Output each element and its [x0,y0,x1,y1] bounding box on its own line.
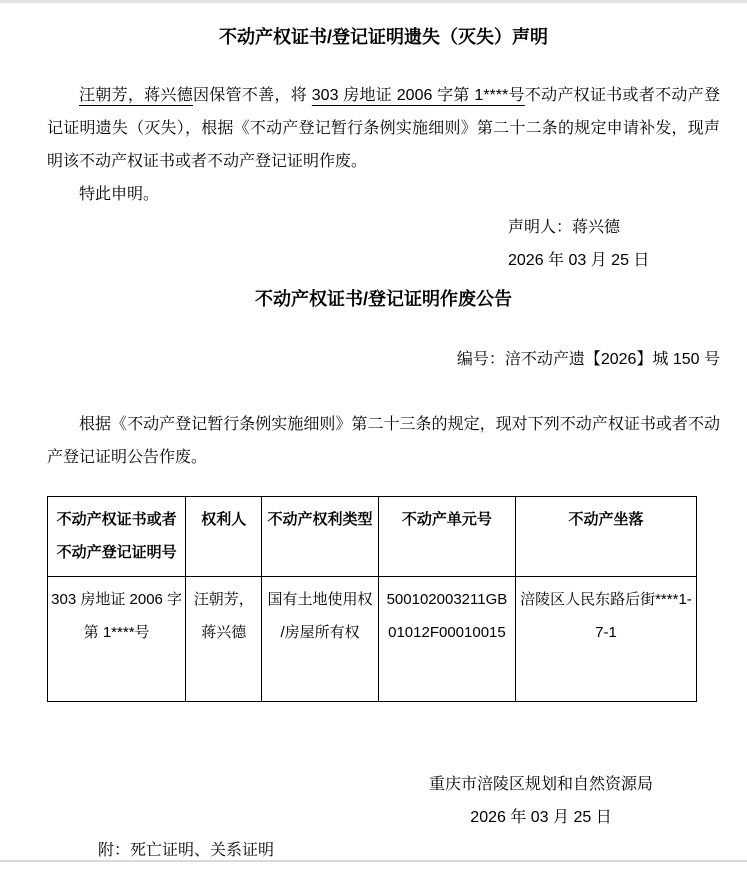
document-page: { "declaration": { "title": "不动产权证书/登记证明… [0,0,747,869]
cell-unit-no: 500102003211GB 01012F00010015 [378,577,515,702]
table-header-right-type: 不动产权利类型 [262,497,379,577]
notice-date: 2026 年 03 月 25 日 [429,801,653,834]
page-top-edge [0,0,747,3]
notice-paragraph: 根据《不动产登记暂行条例实施细则》第二十三条的规定，现对下列不动产权证书或者不动… [47,408,720,474]
table-header-row: 不动产权证书或者 不动产登记证明号 权利人 不动产权利类型 不动产单元号 不动产… [48,497,697,577]
table-header-cert-no: 不动产权证书或者 不动产登记证明号 [48,497,186,577]
cell-location: 涪陵区人民东路后街****1- 7-1 [515,577,696,702]
declaration-signature-block: 声明人：蒋兴德 2026 年 03 月 25 日 [508,211,720,277]
notice-title: 不动产权证书/登记证明作废公告 [47,283,720,316]
table-row: 303 房地证 2006 字 第 1****号 汪朝芳， 蒋兴德 国有土地使用权… [48,577,697,702]
declarant-line: 声明人：蒋兴德 [508,211,720,244]
underlined-text-run: 303 房地证 2006 字第 1****号 [312,87,525,104]
declaration-paragraph: 汪朝芳，蒋兴德因保管不善，将 303 房地证 2006 字第 1****号不动产… [47,79,720,178]
cell-holder: 汪朝芳， 蒋兴德 [186,577,262,702]
table-header-location: 不动产坐落 [515,497,696,577]
underlined-text-run: 汪朝芳，蒋兴德 [79,87,193,104]
declaration-title: 不动产权证书/登记证明遗失（灭失）声明 [47,21,720,54]
cell-cert-no: 303 房地证 2006 字 第 1****号 [48,577,186,702]
invalidated-certificates-table: 不动产权证书或者 不动产登记证明号 权利人 不动产权利类型 不动产单元号 不动产… [47,496,697,702]
attachment-note: 附：死亡证明、关系证明 [98,834,720,867]
table-header-holder: 权利人 [186,497,262,577]
issuer-line: 重庆市涪陵区规划和自然资源局 [429,768,653,801]
cell-right-type: 国有土地使用权 /房屋所有权 [262,577,379,702]
text-run: 因保管不善，将 [193,87,312,104]
notice-doc-number: 编号：涪不动产遗【2026】城 150 号 [47,343,720,376]
declaration-closing: 特此申明。 [47,178,720,211]
page-bottom-edge [0,860,747,862]
declaration-date: 2026 年 03 月 25 日 [508,244,720,277]
table-header-unit-no: 不动产单元号 [378,497,515,577]
notice-signature-block: 重庆市涪陵区规划和自然资源局 2026 年 03 月 25 日 [429,768,653,834]
document-body: 不动产权证书/登记证明遗失（灭失）声明 汪朝芳，蒋兴德因保管不善，将 303 房… [0,21,747,867]
